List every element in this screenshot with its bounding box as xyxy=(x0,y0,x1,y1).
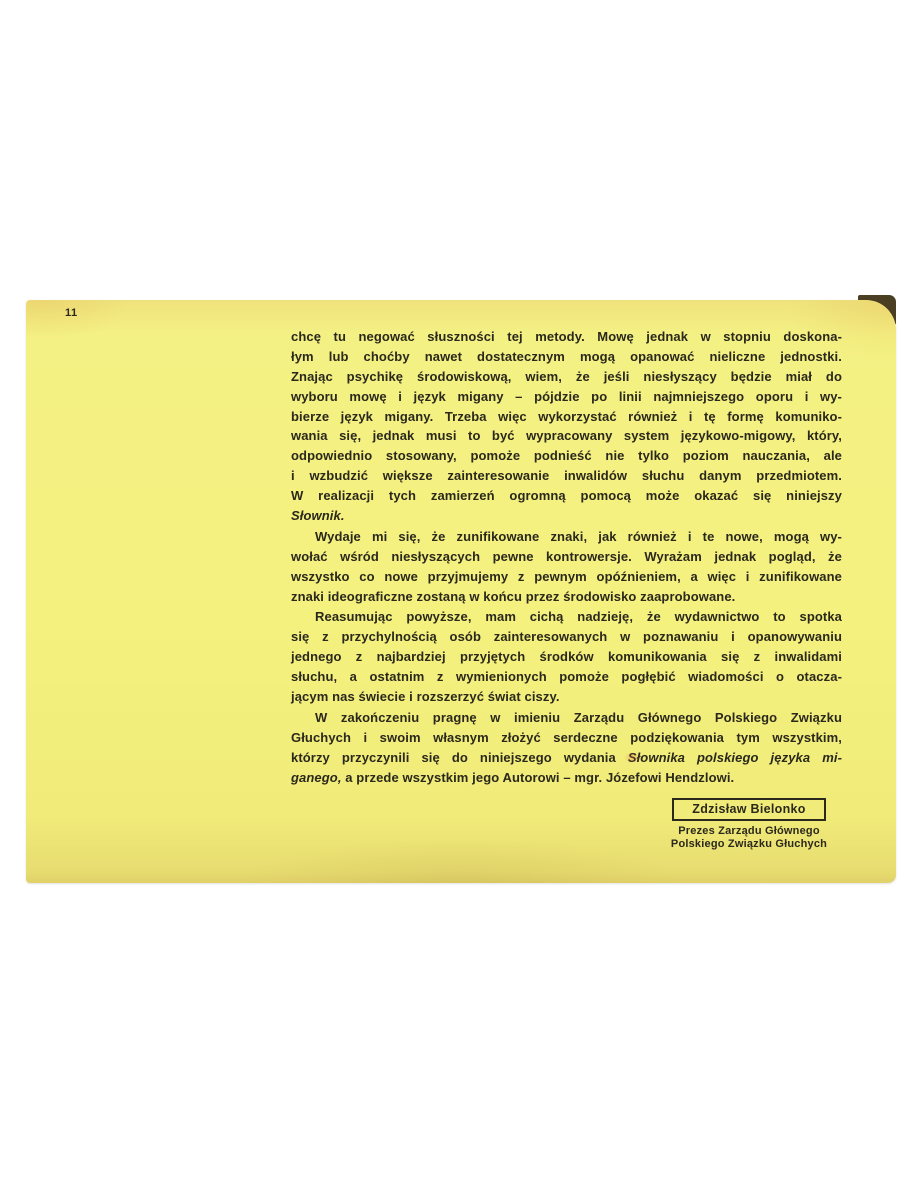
italic-text: ganego, xyxy=(291,770,342,785)
page-number: 11 xyxy=(65,307,78,319)
text-line: się z przychylnością osób zainteresowany… xyxy=(291,627,842,647)
text-line: jednego z najbardziej przyjętych środków… xyxy=(291,647,842,667)
text-line: jącym nas świecie i rozszerzyć świat cis… xyxy=(291,687,842,707)
body-text: jednego z najbardziej przyjętych środków… xyxy=(291,649,842,664)
body-text: odpowiednio stosowany, pomoże podnieść n… xyxy=(291,448,842,463)
preface-text: chcę tu negować słuszności tej metody. M… xyxy=(291,327,842,788)
signature-title-line2: Polskiego Związku Głuchych xyxy=(609,838,889,851)
paragraph: Reasumując powyższe, mam cichą nadzieję,… xyxy=(291,607,842,706)
text-line: Głuchych i swoim własnym złożyć serdeczn… xyxy=(291,728,842,748)
paragraph: chcę tu negować słuszności tej metody. M… xyxy=(291,327,842,526)
body-text: wyboru mowę i język migany – pójdzie po … xyxy=(291,389,842,404)
text-line: W realizacji tych zamierzeń ogromną pomo… xyxy=(291,486,842,506)
body-text: W zakończeniu pragnę w imieniu Zarządu G… xyxy=(315,710,842,725)
signature-title-line1: Prezes Zarządu Głównego xyxy=(609,825,889,838)
body-text: chcę tu negować słuszności tej metody. M… xyxy=(291,329,842,344)
body-text: Głuchych i swoim własnym złożyć serdeczn… xyxy=(291,730,842,745)
text-line: wołać wśród niesłyszących pewne kontrowe… xyxy=(291,547,842,567)
text-line: wyboru mowę i język migany – pójdzie po … xyxy=(291,387,842,407)
text-line: słuchu, a ostatnim z wymienionych pomoże… xyxy=(291,667,842,687)
body-text: Znając psychikę środowiskową, wiem, że j… xyxy=(291,369,842,384)
italic-text: Słownika polskiego języka mi- xyxy=(628,750,842,765)
text-line: odpowiednio stosowany, pomoże podnieść n… xyxy=(291,446,842,466)
scanned-document: 11 chcę tu negować słuszności tej metody… xyxy=(0,0,918,1188)
text-line: Reasumując powyższe, mam cichą nadzieję,… xyxy=(291,607,842,627)
body-text: łym lub choćby nawet dostatecznym mogą o… xyxy=(291,349,842,364)
text-line: Znając psychikę środowiskową, wiem, że j… xyxy=(291,367,842,387)
text-line: ganego, a przede wszystkim jego Autorowi… xyxy=(291,768,842,788)
text-line: Słownik. xyxy=(291,506,842,526)
text-line: i wzbudzić większe zainteresowanie inwal… xyxy=(291,466,842,486)
paper-stain xyxy=(624,752,640,763)
body-text: bierze język migany. Trzeba więc wykorzy… xyxy=(291,409,842,424)
body-text: wszystko co nowe przyjmujemy z pewnym op… xyxy=(291,569,842,584)
text-line: znaki ideograficzne zostaną w końcu prze… xyxy=(291,587,842,607)
text-line: wszystko co nowe przyjmujemy z pewnym op… xyxy=(291,567,842,587)
body-text: się z przychylnością osób zainteresowany… xyxy=(291,629,842,644)
body-text: W realizacji tych zamierzeń ogromną pomo… xyxy=(291,488,842,503)
body-text: a przede wszystkim jego Autorowi – mgr. … xyxy=(342,770,735,785)
italic-text: Słownik. xyxy=(291,508,345,523)
paragraph: Wydaje mi się, że zunifikowane znaki, ja… xyxy=(291,527,842,607)
body-text: i wzbudzić większe zainteresowanie inwal… xyxy=(291,468,842,483)
signature-block: Zdzisław Bielonko Prezes Zarządu Główneg… xyxy=(609,798,889,851)
book-page: 11 chcę tu negować słuszności tej metody… xyxy=(26,300,896,883)
text-line: wania się, jednak musi to być wypracowan… xyxy=(291,426,842,446)
text-line: łym lub choćby nawet dostatecznym mogą o… xyxy=(291,347,842,367)
body-text: Reasumując powyższe, mam cichą nadzieję,… xyxy=(315,609,842,624)
body-text: znaki ideograficzne zostaną w końcu prze… xyxy=(291,589,735,604)
text-line: którzy przyczynili się do niniejszego wy… xyxy=(291,748,842,768)
signature-name-box: Zdzisław Bielonko xyxy=(672,798,825,821)
body-text: wania się, jednak musi to być wypracowan… xyxy=(291,428,842,443)
text-line: Wydaje mi się, że zunifikowane znaki, ja… xyxy=(291,527,842,547)
text-line: bierze język migany. Trzeba więc wykorzy… xyxy=(291,407,842,427)
body-text: którzy przyczynili się do niniejszego wy… xyxy=(291,750,628,765)
body-text: Wydaje mi się, że zunifikowane znaki, ja… xyxy=(315,529,842,544)
text-line: chcę tu negować słuszności tej metody. M… xyxy=(291,327,842,347)
body-text: słuchu, a ostatnim z wymienionych pomoże… xyxy=(291,669,842,684)
signature-name: Zdzisław Bielonko xyxy=(692,802,805,816)
body-text: jącym nas świecie i rozszerzyć świat cis… xyxy=(291,689,560,704)
paragraph: W zakończeniu pragnę w imieniu Zarządu G… xyxy=(291,708,842,788)
body-text: wołać wśród niesłyszących pewne kontrowe… xyxy=(291,549,842,564)
text-line: W zakończeniu pragnę w imieniu Zarządu G… xyxy=(291,708,842,728)
